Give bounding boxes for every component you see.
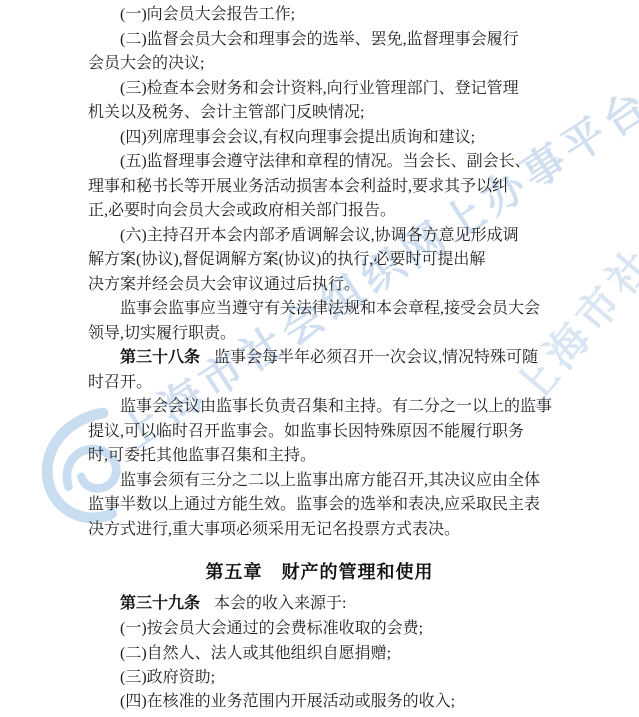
text-line: 监事会会议由监事长负责召集和主持。有二分之一以上的监事	[88, 398, 584, 416]
line-text: (二)监督会员大会和理事会的选举、罢免,监督理事会履行	[120, 31, 519, 48]
text-line: 理事和秘书长等开展业务活动损害本会利益时,要求其予以纠	[88, 178, 552, 196]
text-line: (六)主持召开本会内部矛盾调解会议,协调各方意见形成调	[88, 227, 584, 245]
text-line: (三)政府资助;	[88, 669, 584, 687]
document-text: (一)向会员大会报告工作;(二)监督会员大会和理事会的选举、罢免,监督理事会履行…	[0, 0, 639, 717]
line-text: 监事会每半年必须召开一次会议,情况特殊可随	[214, 349, 538, 366]
text-line: 决方案并经会员大会审议通过后执行。	[88, 276, 552, 294]
line-text: 提议,可以临时召开监事会。如监事长因特殊原因不能履行职务	[88, 423, 524, 440]
text-line: 解方案(协议),督促调解方案(协议)的执行,必要时可提出解	[88, 251, 552, 269]
text-line: (五)监督理事会遵守法律和章程的情况。当会长、副会长、	[88, 153, 584, 171]
line-text: (一)向会员大会报告工作;	[120, 6, 295, 23]
text-line: 提议,可以临时召开监事会。如监事长因特殊原因不能履行职务	[88, 423, 552, 441]
line-text: (五)监督理事会遵守法律和章程的情况。当会长、副会长、	[120, 153, 531, 170]
line-text: 第五章 财产的管理和使用	[206, 562, 434, 582]
article-number: 第三十八条	[120, 349, 200, 366]
text-line: (一)按会员大会通过的会费标准收取的会费;	[88, 620, 584, 638]
line-text: 监事会须有三分之二以上监事出席方能召开,其决议应由全体	[120, 472, 540, 489]
line-text: 时,可委托其他监事召集和主持。	[88, 447, 316, 464]
text-line: 时召开。	[88, 374, 552, 392]
line-text: (四)在核准的业务范围内开展活动或服务的收入;	[120, 693, 455, 710]
text-line: 监事会须有三分之二以上监事出席方能召开,其决议应由全体	[88, 472, 584, 490]
text-line: 领导,切实履行职责。	[88, 325, 552, 343]
line-text: (六)主持召开本会内部矛盾调解会议,协调各方意见形成调	[120, 227, 519, 244]
text-line: (二)监督会员大会和理事会的选举、罢免,监督理事会履行	[88, 31, 584, 49]
document-page: 上海市社会组织网上办事平台 上海市社会组织网上办事平台 (一)向会员大会报告工作…	[0, 0, 639, 717]
text-line: (二)自然人、法人或其他组织自愿捐赠;	[88, 645, 584, 663]
text-line: (四)在核准的业务范围内开展活动或服务的收入;	[88, 693, 584, 711]
line-text: (四)列席理事会会议,有权向理事会提出质询和建议;	[120, 129, 475, 146]
text-line: 机关以及税务、会计主管部门反映情况;	[88, 104, 552, 122]
line-text: 会员大会的决议;	[88, 55, 204, 72]
text-line: 第三十九条本会的收入来源于:	[88, 595, 584, 613]
text-line: (三)检查本会财务和会计资料,向行业管理部门、登记管理	[88, 80, 584, 98]
text-line: 第三十八条监事会每半年必须召开一次会议,情况特殊可随	[88, 349, 584, 367]
text-line: (一)向会员大会报告工作;	[88, 6, 584, 24]
line-text: 监事会监事应当遵守有关法律法规和本会章程,接受会员大会	[120, 300, 540, 317]
line-text: (二)自然人、法人或其他组织自愿捐赠;	[120, 645, 391, 662]
line-text: 理事和秘书长等开展业务活动损害本会利益时,要求其予以纠	[88, 178, 508, 195]
line-text: 领导,切实履行职责。	[88, 325, 236, 342]
text-line: 决方式进行,重大事项必须采用无记名投票方式表决。	[88, 521, 552, 539]
text-line: (四)列席理事会会议,有权向理事会提出质询和建议;	[88, 129, 584, 147]
line-text: (三)政府资助;	[120, 669, 215, 686]
article-number: 第三十九条	[120, 595, 200, 612]
line-text: 决方案并经会员大会审议通过后执行。	[88, 276, 360, 293]
text-line: 监事会监事应当遵守有关法律法规和本会章程,接受会员大会	[88, 300, 584, 318]
line-text: (三)检查本会财务和会计资料,向行业管理部门、登记管理	[120, 80, 519, 97]
line-text: 时召开。	[88, 374, 152, 391]
line-text: 本会的收入来源于:	[214, 595, 346, 612]
text-line: 正,必要时向会员大会或政府相关部门报告。	[88, 202, 552, 220]
line-text: (一)按会员大会通过的会费标准收取的会费;	[120, 620, 423, 637]
chapter-heading: 第五章 财产的管理和使用	[0, 563, 639, 581]
line-text: 监事半数以上通过方能生效。监事会的选举和表决,应采取民主表	[88, 496, 540, 513]
line-text: 解方案(协议),督促调解方案(协议)的执行,必要时可提出解	[88, 251, 485, 268]
line-text: 正,必要时向会员大会或政府相关部门报告。	[88, 202, 396, 219]
line-text: 监事会会议由监事长负责召集和主持。有二分之一以上的监事	[120, 398, 552, 415]
line-text: 机关以及税务、会计主管部门反映情况;	[88, 104, 364, 121]
text-line: 会员大会的决议;	[88, 55, 552, 73]
text-line: 监事半数以上通过方能生效。监事会的选举和表决,应采取民主表	[88, 496, 552, 514]
line-text: 决方式进行,重大事项必须采用无记名投票方式表决。	[88, 521, 460, 538]
text-line: 时,可委托其他监事召集和主持。	[88, 447, 552, 465]
